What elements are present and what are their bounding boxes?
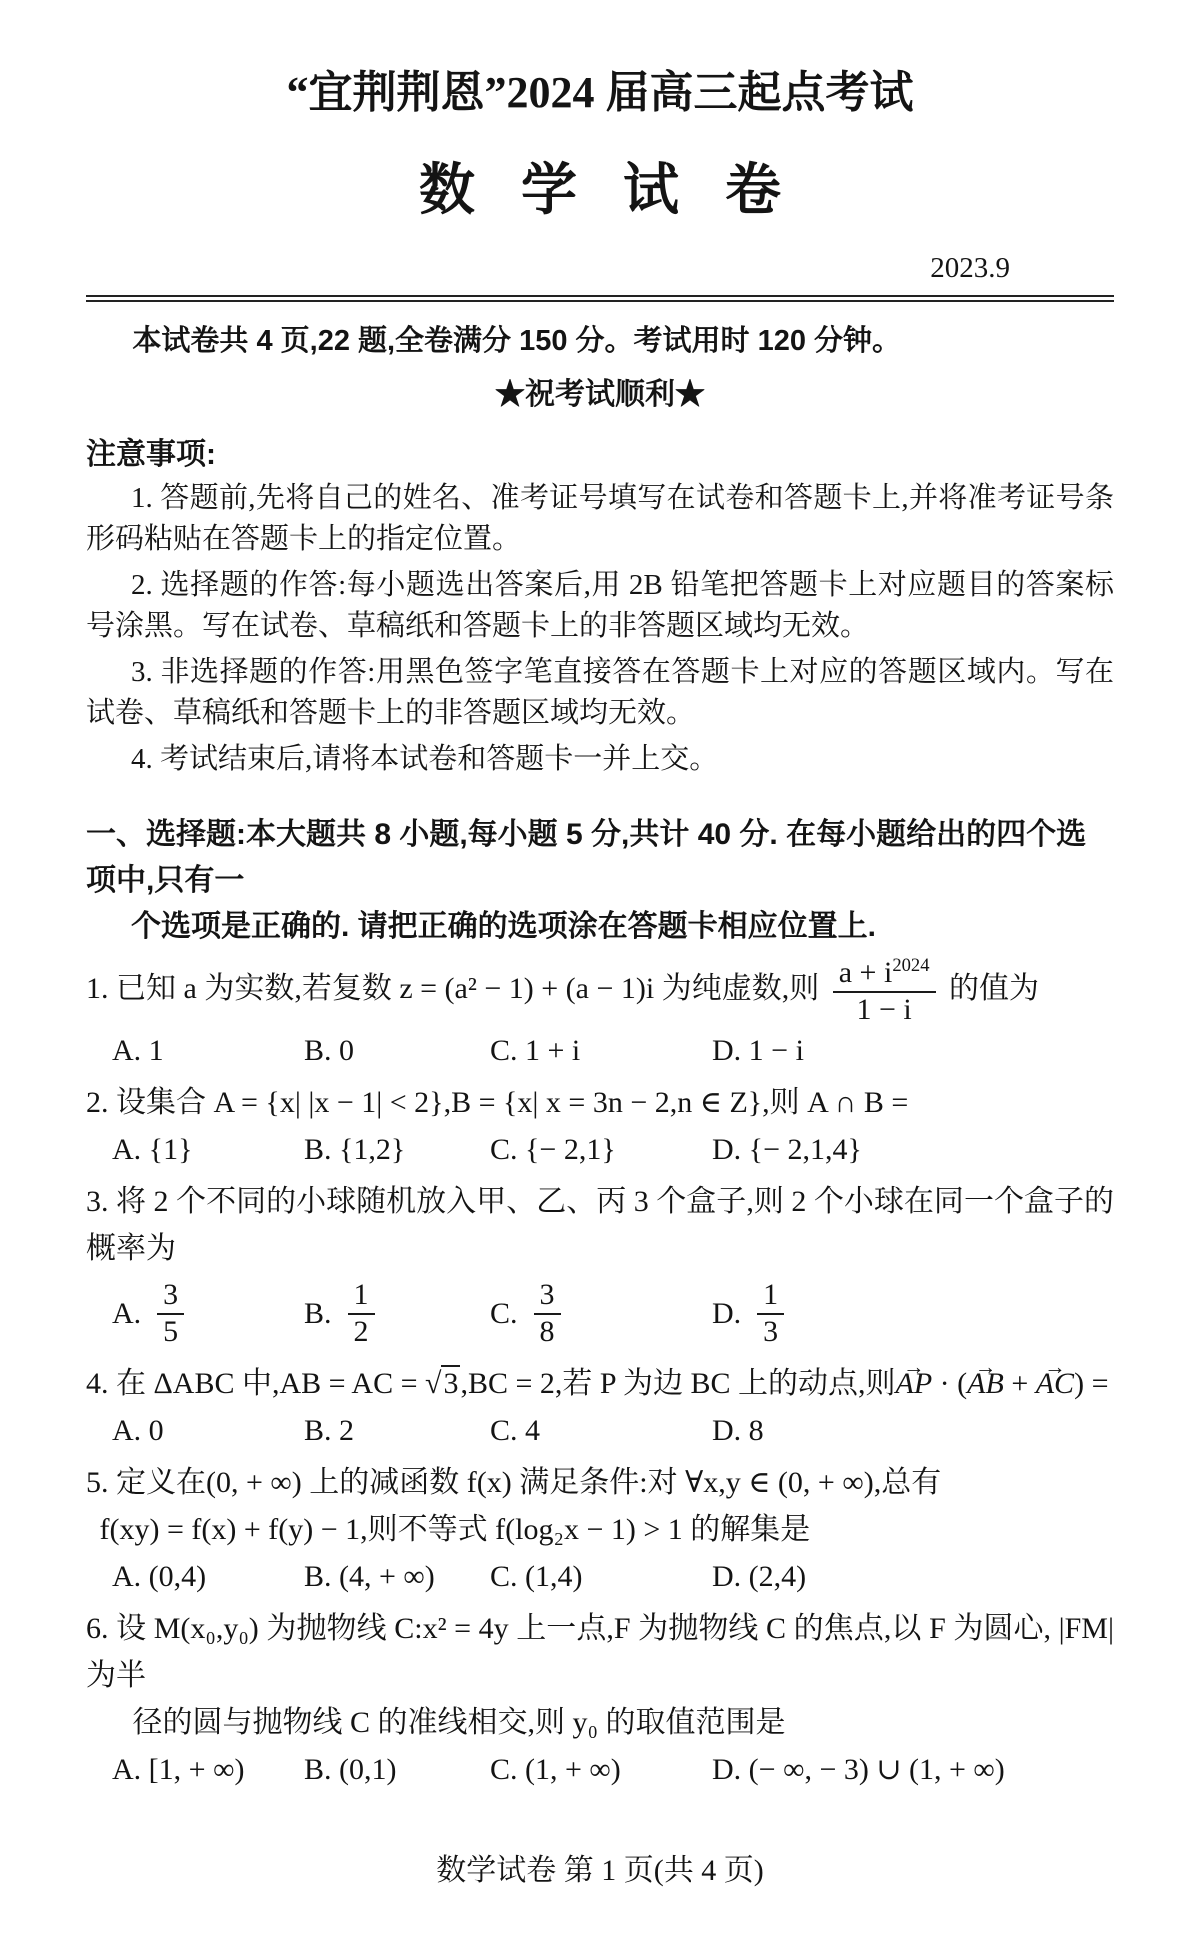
fraction: 3 8: [534, 1278, 561, 1349]
option-c: C. (1, + ∞): [490, 1746, 712, 1793]
question-1-options: A. 1 B. 0 C. 1 + i D. 1 − i: [86, 1027, 1114, 1074]
exam-summary: 本试卷共 4 页,22 题,全卷满分 150 分。考试用时 120 分钟。: [86, 318, 1114, 359]
question-5: 5. 定义在(0, + ∞) 上的减函数 f(x) 满足条件:对 ∀x,y ∈ …: [86, 1459, 1114, 1600]
question-5-stem-line1: 5. 定义在(0, + ∞) 上的减函数 f(x) 满足条件:对 ∀x,y ∈ …: [86, 1459, 1114, 1506]
exam-paper-page: “宜荆荆恩”2024 届高三起点考试 数学试卷 2023.9 本试卷共 4 页,…: [0, 0, 1200, 1949]
option-b: B. 1 2: [304, 1278, 490, 1349]
fraction: 1 2: [348, 1278, 375, 1349]
option-d: D. (2,4): [712, 1553, 1114, 1600]
fraction: 1 3: [757, 1278, 784, 1349]
option-a: A. 3 5: [112, 1278, 304, 1349]
notice-item-4: 4. 考试结束后,请将本试卷和答题卡一并上交。: [86, 739, 1114, 780]
option-a: A. 1: [112, 1027, 304, 1074]
question-5-stem-line2: f(xy) = f(x) + f(y) − 1,则不等式 f(log₂x − 1…: [100, 1506, 1115, 1553]
fraction-denominator: 1 − i: [833, 991, 936, 1028]
question-2-stem: 2. 设集合 A = {x| |x − 1| < 2},B = {x| x = …: [86, 1079, 1114, 1126]
notice-title: 注意事项:: [86, 429, 1114, 473]
question-1-stem-tail: 的值为: [949, 972, 1039, 1005]
notice-item-1: 1. 答题前,先将自己的姓名、准考证号填写在试卷和答题卡上,并将准考证号条形码粘…: [86, 478, 1114, 560]
exam-title: “宜荆荆恩”2024 届高三起点考试: [86, 56, 1114, 120]
exam-date: 2023.9: [86, 252, 1114, 285]
notice-list: 1. 答题前,先将自己的姓名、准考证号填写在试卷和答题卡上,并将准考证号条形码粘…: [86, 478, 1114, 780]
vector-AP: →AP: [896, 1360, 933, 1407]
question-6-stem-line2: 径的圆与抛物线 C 的准线相交,则 y₀ 的取值范围是: [133, 1699, 1115, 1746]
vector-AC: →AC: [1036, 1360, 1074, 1407]
notice-item-2: 2. 选择题的作答:每小题选出答案后,用 2B 铅笔把答题卡上对应题目的答案标号…: [86, 565, 1114, 647]
exam-wish-banner: ★祝考试顺利★: [86, 369, 1114, 413]
option-c: C. 4: [490, 1407, 712, 1454]
option-a: A. [1, + ∞): [112, 1746, 304, 1793]
option-d: D. 1 3: [712, 1278, 1114, 1349]
question-3-stem: 3. 将 2 个不同的小球随机放入甲、乙、丙 3 个盒子,则 2 个小球在同一个…: [86, 1178, 1114, 1272]
question-2-options: A. {1} B. {1,2} C. {− 2,1} D. {− 2,1,4}: [86, 1126, 1114, 1173]
fraction-numerator: a + i2024: [833, 955, 936, 991]
option-c: C. 1 + i: [490, 1027, 712, 1074]
question-1-stem: 1. 已知 a 为实数,若复数 z = (a² − 1) + (a − 1)i …: [86, 955, 1114, 1027]
fraction: a + i2024 1 − i: [833, 955, 936, 1027]
paper-title: 数学试卷: [86, 146, 1114, 226]
question-1: 1. 已知 a 为实数,若复数 z = (a² − 1) + (a − 1)i …: [86, 955, 1114, 1074]
radical-sign: √: [425, 1367, 441, 1400]
option-d: D. {− 2,1,4}: [712, 1126, 1114, 1173]
double-rule-divider: [86, 295, 1114, 302]
exponent: 2024: [892, 955, 929, 976]
question-3: 3. 将 2 个不同的小球随机放入甲、乙、丙 3 个盒子,则 2 个小球在同一个…: [86, 1178, 1114, 1355]
vector-arrow-icon: →: [896, 1344, 933, 1391]
page-footer: 数学试卷 第 1 页(共 4 页): [86, 1845, 1114, 1889]
question-6-options: A. [1, + ∞) B. (0,1) C. (1, + ∞) D. (− ∞…: [86, 1746, 1114, 1793]
question-6-stem-line1: 6. 设 M(x₀,y₀) 为抛物线 C:x² = 4y 上一点,F 为抛物线 …: [86, 1605, 1114, 1699]
vector-AB: →AB: [967, 1360, 1004, 1407]
question-1-stem-text: 1. 已知 a 为实数,若复数 z = (a² − 1) + (a − 1)i …: [86, 972, 819, 1005]
question-6: 6. 设 M(x₀,y₀) 为抛物线 C:x² = 4y 上一点,F 为抛物线 …: [86, 1605, 1114, 1793]
question-4-options: A. 0 B. 2 C. 4 D. 8: [86, 1407, 1114, 1454]
option-c: C. (1,4): [490, 1553, 712, 1600]
question-3-options: A. 3 5 B. 1 2 C. 3 8: [86, 1272, 1114, 1355]
option-c: C. 3 8: [490, 1278, 712, 1349]
option-b: B. (4, + ∞): [304, 1553, 490, 1600]
option-b: B. {1,2}: [304, 1126, 490, 1173]
option-b: B. 2: [304, 1407, 490, 1454]
vector-arrow-icon: →: [967, 1344, 1004, 1391]
option-d: D. 1 − i: [712, 1027, 1114, 1074]
option-a: A. (0,4): [112, 1553, 304, 1600]
question-5-options: A. (0,4) B. (4, + ∞) C. (1,4) D. (2,4): [86, 1553, 1114, 1600]
option-b: B. (0,1): [304, 1746, 490, 1793]
fraction: 3 5: [157, 1278, 184, 1349]
option-b: B. 0: [304, 1027, 490, 1074]
option-d: D. (− ∞, − 3) ∪ (1, + ∞): [712, 1746, 1114, 1793]
option-d: D. 8: [712, 1407, 1114, 1454]
vector-arrow-icon: →: [1036, 1344, 1074, 1391]
section-1-heading-line2: 个选项是正确的. 请把正确的选项涂在答题卡相应位置上.: [131, 904, 1114, 950]
section-1-heading-line1: 一、选择题:本大题共 8 小题,每小题 5 分,共计 40 分. 在每小题给出的…: [86, 812, 1114, 904]
section-1-heading: 一、选择题:本大题共 8 小题,每小题 5 分,共计 40 分. 在每小题给出的…: [86, 812, 1114, 950]
question-4: 4. 在 ΔABC 中,AB = AC = √3,BC = 2,若 P 为边 B…: [86, 1360, 1114, 1454]
square-root: √3: [425, 1365, 460, 1400]
question-2: 2. 设集合 A = {x| |x − 1| < 2},B = {x| x = …: [86, 1079, 1114, 1173]
option-a: A. 0: [112, 1407, 304, 1454]
option-c: C. {− 2,1}: [490, 1126, 712, 1173]
notice-item-3: 3. 非选择题的作答:用黑色签字笔直接答在答题卡上对应的答题区域内。写在试卷、草…: [86, 652, 1114, 734]
option-a: A. {1}: [112, 1126, 304, 1173]
question-4-stem: 4. 在 ΔABC 中,AB = AC = √3,BC = 2,若 P 为边 B…: [86, 1360, 1114, 1407]
